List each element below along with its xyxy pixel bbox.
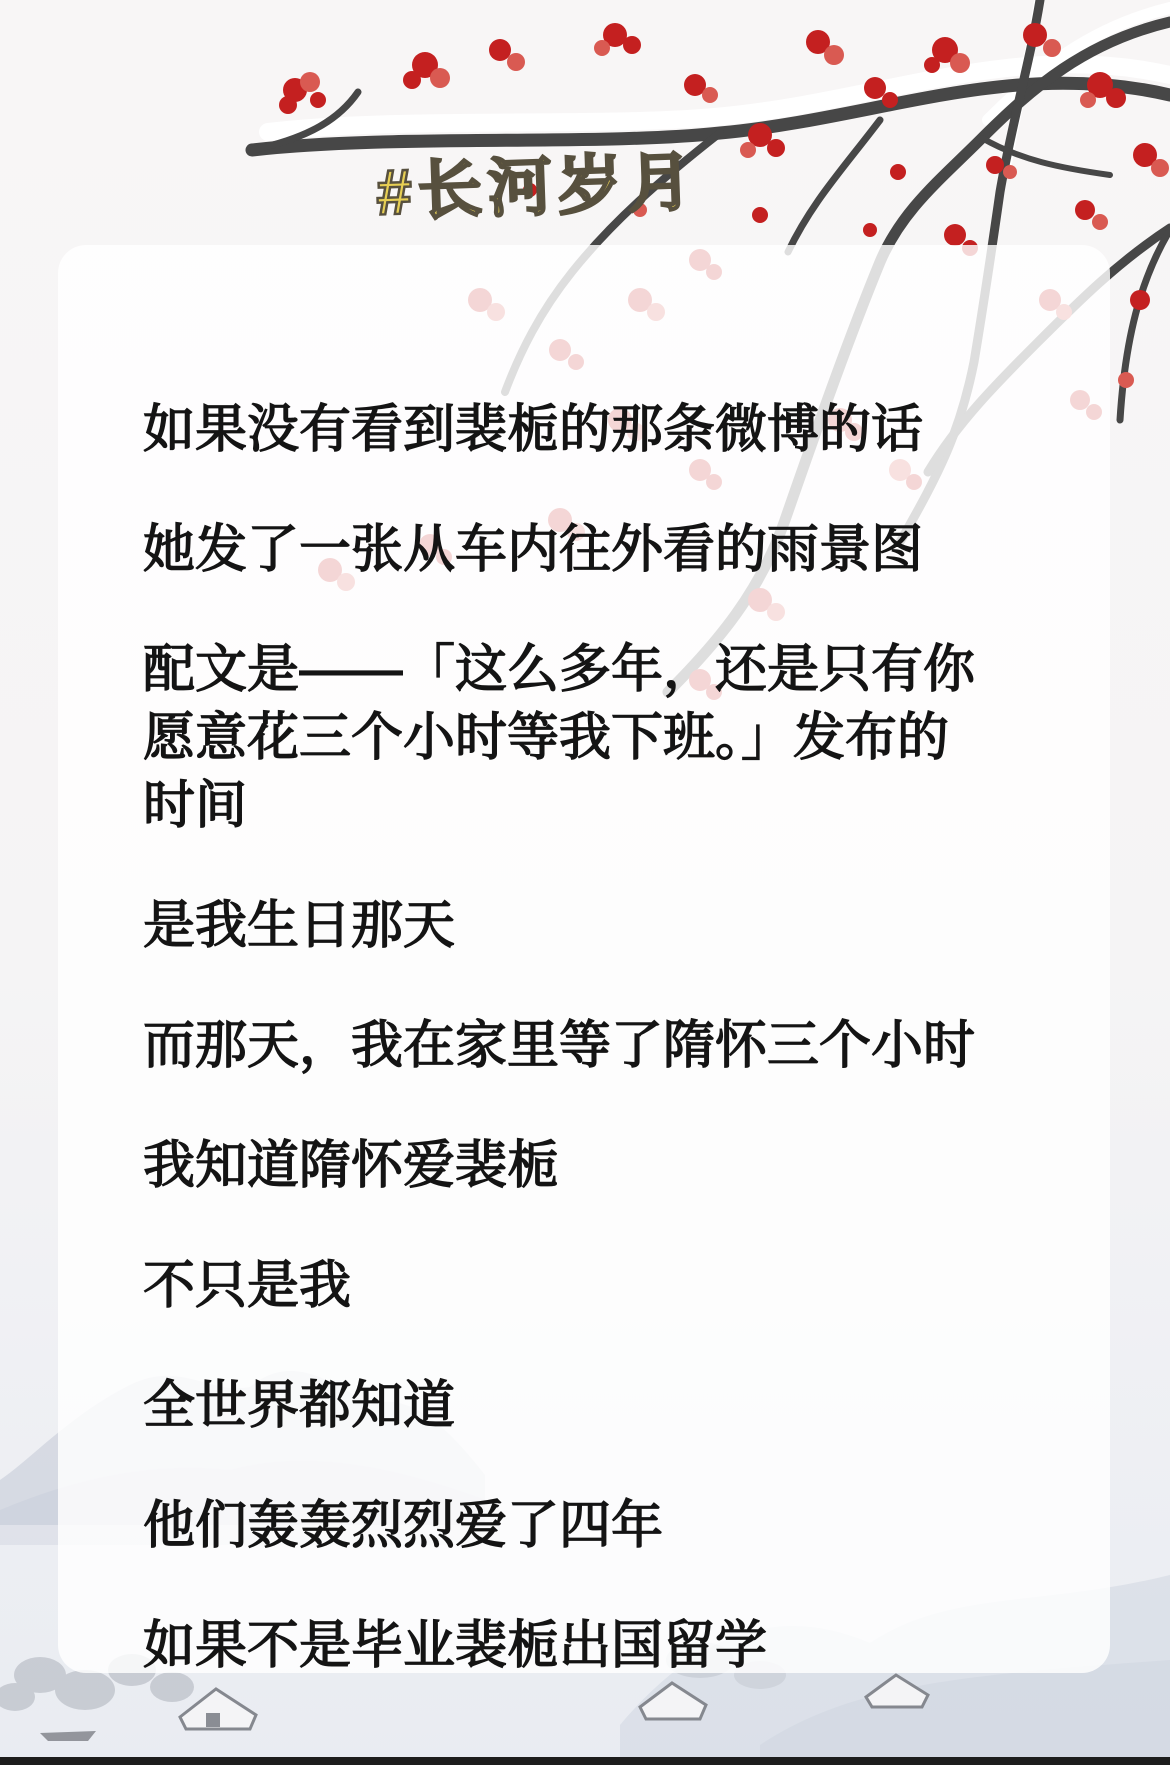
story-paragraph: 全世界都知道 xyxy=(143,1372,1073,1440)
story-line: 如果不是毕业裴栀出国留学 xyxy=(143,1612,1073,1680)
hashtag-watermark: #长河岁月 xyxy=(374,130,699,233)
story-paragraph: 我知道隋怀爱裴栀 xyxy=(143,1132,1073,1200)
story-line: 时间 xyxy=(143,772,1073,840)
story-paragraph: 她发了一张从车内往外看的雨景图 xyxy=(143,516,1073,584)
story-paragraph: 配文是——「这么多年，还是只有你愿意花三个小时等我下班。」发布的时间 xyxy=(143,636,1073,840)
bottom-letterbox-bar xyxy=(0,1757,1170,1765)
story-line: 配文是——「这么多年，还是只有你 xyxy=(143,636,1073,704)
story-line: 全世界都知道 xyxy=(143,1372,1073,1440)
story-paragraph: 如果没有看到裴栀的那条微博的话 xyxy=(143,396,1073,464)
story-text: 如果没有看到裴栀的那条微博的话她发了一张从车内往外看的雨景图配文是——「这么多年… xyxy=(143,396,1073,1732)
story-line: 愿意花三个小时等我下班。」发布的 xyxy=(143,704,1073,772)
story-line: 不只是我 xyxy=(143,1252,1073,1320)
story-line: 他们轰轰烈烈爱了四年 xyxy=(143,1492,1073,1560)
story-line: 如果没有看到裴栀的那条微博的话 xyxy=(143,396,1073,464)
story-line: 她发了一张从车内往外看的雨景图 xyxy=(143,516,1073,584)
story-paragraph: 如果不是毕业裴栀出国留学 xyxy=(143,1612,1073,1680)
story-line: 而那天，我在家里等了隋怀三个小时 xyxy=(143,1012,1073,1080)
story-image: #长河岁月 如果没有看到裴栀的那条微博的话她发了一张从车内往外看的雨景图配文是—… xyxy=(0,0,1170,1765)
story-line: 我知道隋怀爱裴栀 xyxy=(143,1132,1073,1200)
story-paragraph: 他们轰轰烈烈爱了四年 xyxy=(143,1492,1073,1560)
story-paragraph: 不只是我 xyxy=(143,1252,1073,1320)
story-paragraph: 是我生日那天 xyxy=(143,892,1073,960)
story-line: 是我生日那天 xyxy=(143,892,1073,960)
story-paragraph: 而那天，我在家里等了隋怀三个小时 xyxy=(143,1012,1073,1080)
